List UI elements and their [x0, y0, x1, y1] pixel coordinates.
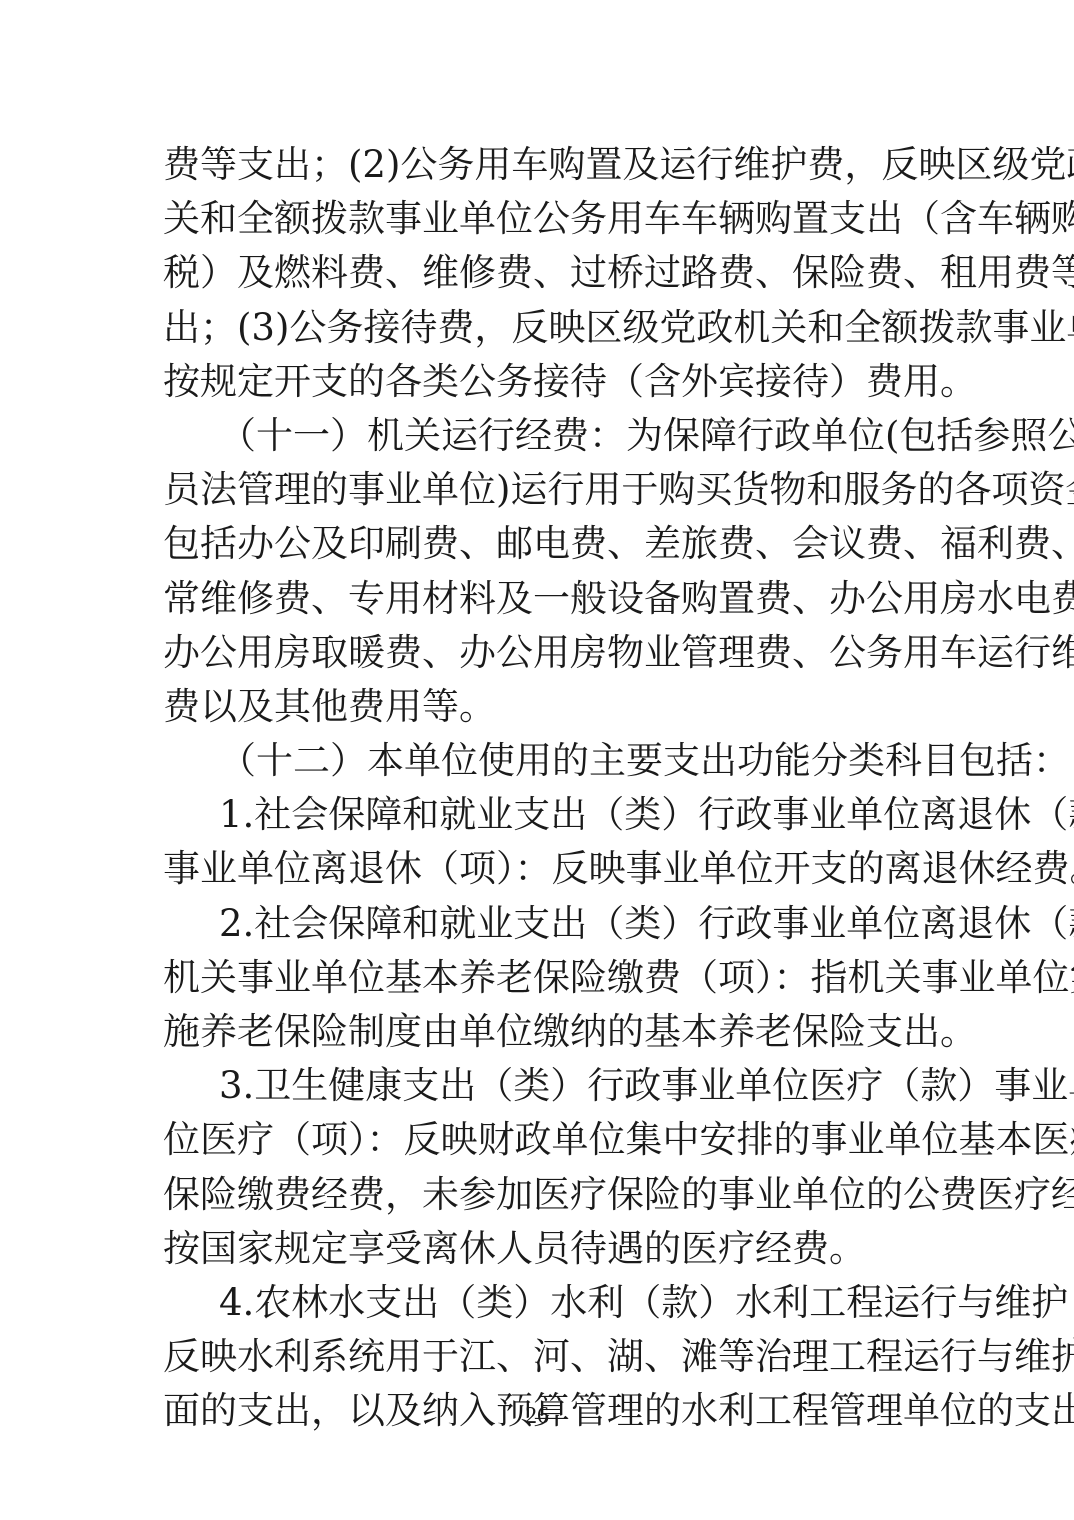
text-line: 办公用房取暖费、办公用房物业管理费、公务用车运行维护	[163, 626, 915, 680]
document-page: 费等支出；(2)公务用车购置及运行维护费，反映区级党政机 关和全额拨款事业单位公…	[0, 0, 1074, 1520]
text-line: 费等支出；(2)公务用车购置及运行维护费，反映区级党政机	[163, 138, 915, 192]
text-line: 税）及燃料费、维修费、过桥过路费、保险费、租用费等支	[163, 246, 915, 300]
text-line: 位医疗（项）：反映财政单位集中安排的事业单位基本医疗	[163, 1113, 915, 1167]
text-line: 按国家规定享受离休人员待遇的医疗经费。	[163, 1222, 915, 1276]
section-heading-11: （十一）机关运行经费：为保障行政单位(包括参照公务	[163, 409, 915, 463]
list-item-1: 1.社会保障和就业支出（类）行政事业单位离退休（款）	[163, 788, 915, 842]
text-line: 事业单位离退休（项）：反映事业单位开支的离退休经费。	[163, 842, 915, 896]
text-line: 包括办公及印刷费、邮电费、差旅费、会议费、福利费、日	[163, 517, 915, 571]
text-line: 关和全额拨款事业单位公务用车车辆购置支出（含车辆购置	[163, 192, 915, 246]
text-line: 反映水利系统用于江、河、湖、滩等治理工程运行与维护方	[163, 1330, 915, 1384]
text-line: 机关事业单位基本养老保险缴费（项）：指机关事业单位实	[163, 951, 915, 1005]
text-line: 员法管理的事业单位)运行用于购买货物和服务的各项资金，	[163, 463, 915, 517]
text-line: 施养老保险制度由单位缴纳的基本养老保险支出。	[163, 1005, 915, 1059]
text-line: 常维修费、专用材料及一般设备购置费、办公用房水电费、	[163, 572, 915, 626]
list-item-3: 3.卫生健康支出（类）行政事业单位医疗（款）事业单	[163, 1059, 915, 1113]
text-line: 出；(3)公务接待费，反映区级党政机关和全额拨款事业单位	[163, 301, 915, 355]
page-number: 26	[0, 1403, 1074, 1430]
text-line: 费以及其他费用等。	[163, 680, 915, 734]
text-line: 保险缴费经费，未参加医疗保险的事业单位的公费医疗经费，	[163, 1168, 915, 1222]
list-item-4: 4.农林水支出（类）水利（款）水利工程运行与维护（项）：	[163, 1276, 915, 1330]
list-item-2: 2.社会保障和就业支出（类）行政事业单位离退休（款）	[163, 897, 915, 951]
section-heading-12: （十二）本单位使用的主要支出功能分类科目包括：	[163, 734, 915, 788]
text-line: 按规定开支的各类公务接待（含外宾接待）费用。	[163, 355, 915, 409]
document-body: 费等支出；(2)公务用车购置及运行维护费，反映区级党政机 关和全额拨款事业单位公…	[163, 138, 915, 1439]
